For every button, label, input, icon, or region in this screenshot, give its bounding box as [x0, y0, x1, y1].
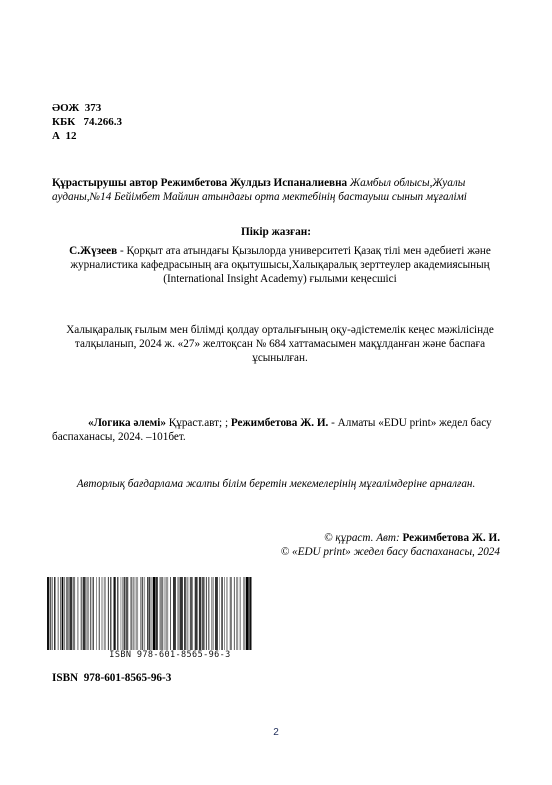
page-number: 2	[0, 727, 552, 738]
compiler-info: Құрастырушы автор Режимбетова Жулдыз Исп…	[52, 176, 504, 204]
reviewer-info: С.Жүзеев - Қорқыт ата атындағы Қызылорда…	[52, 244, 508, 286]
isbn-barcode-icon	[47, 577, 253, 650]
barcode-label-text: ISBN 978-601-8565-96-3	[69, 650, 230, 660]
barcode-label: ISBN 978-601-8565-96-3	[47, 650, 253, 660]
isbn-number: ISBN 978-601-8565-96-3	[52, 672, 171, 684]
copyright-author-name: Режимбетова Ж. И.	[403, 532, 501, 544]
annotation: Авторлық бағдарлама жалпы білім беретін …	[0, 478, 552, 490]
reviewer-details: - Қорқыт ата атындағы Қызылорда универси…	[70, 245, 491, 285]
classification-block: ӘОЖ 373 КБК 74.266.3 А 12	[52, 101, 122, 143]
author-mark: А 12	[52, 129, 122, 143]
book-title: «Логика әлемі»	[88, 417, 166, 429]
copyright-author-prefix: © құраст. Авт:	[324, 532, 402, 544]
document-page: ӘОЖ 373 КБК 74.266.3 А 12 Құрастырушы ав…	[0, 0, 552, 785]
copyright-publisher-line: © «EDU print» жедел басу баспаханасы, 20…	[281, 545, 500, 559]
bibliographic-citation: «Логика әлемі» Құраст.авт; ; Режимбетова…	[52, 416, 508, 444]
citation-author: Режимбетова Ж. И.	[231, 417, 329, 429]
copyright-block: © құраст. Авт: Режимбетова Ж. И. © «EDU …	[281, 531, 500, 559]
udc-code: ӘОЖ 373	[52, 101, 122, 115]
lbc-code: КБК 74.266.3	[52, 115, 122, 129]
reviewer-name: С.Жүзеев	[69, 245, 117, 257]
citation-compiler-label: Құраст.авт; ;	[166, 417, 231, 429]
compiler-label: Құрастырушы автор Режимбетова Жулдыз Исп…	[52, 177, 347, 189]
copyright-author-line: © құраст. Авт: Режимбетова Ж. И.	[281, 531, 500, 545]
reviewed-heading: Пікір жазған:	[0, 226, 552, 238]
approval-statement: Халықаралық ғылым мен білімді қолдау орт…	[52, 323, 508, 365]
